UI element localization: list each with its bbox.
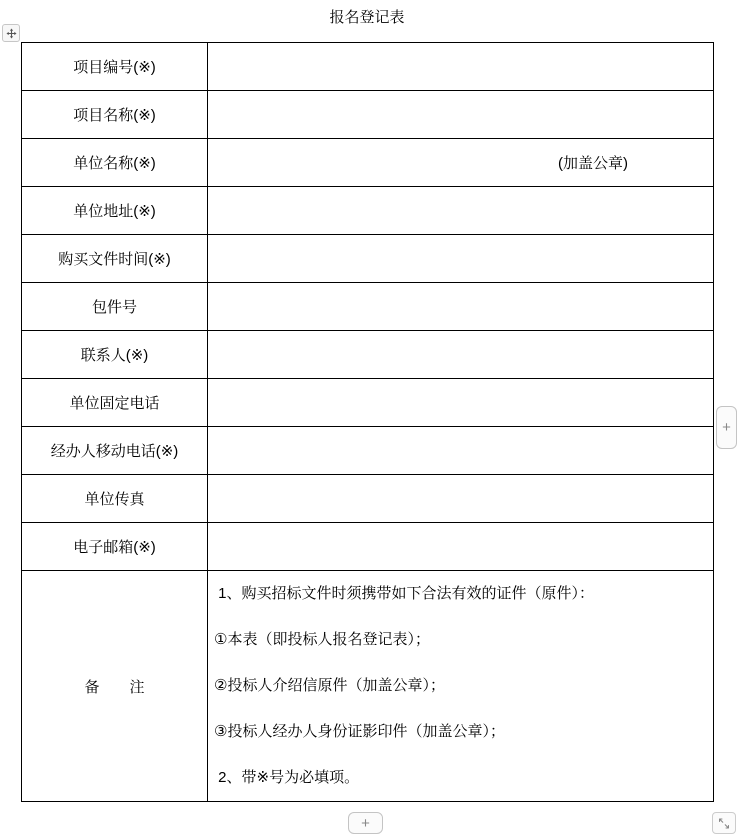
remarks-line: ③投标人经办人身份证影印件（加盖公章）；	[214, 709, 707, 755]
table-row: 联系人(※)	[22, 331, 714, 379]
row-label: 包件号	[92, 299, 137, 316]
table-row: 电子邮箱(※)	[22, 523, 714, 571]
row-label-cell: 包件号	[22, 283, 208, 331]
remarks-line: ②投标人介绍信原件（加盖公章）；	[214, 663, 707, 709]
row-label-cell: 单位传真	[22, 475, 208, 523]
registration-table: 项目编号(※) 项目名称(※) 单位名称(※) (加盖公章) 单位地址(※) 购…	[21, 42, 714, 802]
remarks-line: ①本表（即投标人报名登记表）；	[214, 617, 707, 663]
add-row-button[interactable]: +	[348, 812, 383, 834]
row-value-cell[interactable]: (加盖公章)	[208, 139, 714, 187]
table-row: 经办人移动电话(※)	[22, 427, 714, 475]
row-value-cell[interactable]	[208, 523, 714, 571]
resize-diagonal-icon	[717, 817, 731, 830]
row-label-cell: 单位固定电话	[22, 379, 208, 427]
table-row: 项目编号(※)	[22, 43, 714, 91]
row-label: 单位地址(※)	[73, 203, 156, 220]
page-title: 报名登记表	[21, 9, 713, 27]
remarks-line: 2、带※号为必填项。	[214, 755, 707, 801]
row-value: (加盖公章)	[558, 155, 628, 172]
row-value-cell[interactable]	[208, 187, 714, 235]
row-value-cell[interactable]	[208, 475, 714, 523]
remarks-line: 1、购买招标文件时须携带如下合法有效的证件（原件）：	[214, 571, 707, 617]
row-value-cell[interactable]	[208, 91, 714, 139]
remarks-content-cell[interactable]: 1、购买招标文件时须携带如下合法有效的证件（原件）：①本表（即投标人报名登记表）…	[208, 571, 714, 802]
remarks-label: 备 注	[84, 679, 144, 696]
row-label: 电子邮箱(※)	[73, 539, 156, 556]
row-label-cell: 经办人移动电话(※)	[22, 427, 208, 475]
table-move-handle[interactable]	[2, 24, 20, 42]
row-label: 单位固定电话	[69, 395, 159, 412]
table-row: 单位固定电话	[22, 379, 714, 427]
table-row: 单位地址(※)	[22, 187, 714, 235]
row-value-cell[interactable]	[208, 283, 714, 331]
registration-table-body: 项目编号(※) 项目名称(※) 单位名称(※) (加盖公章) 单位地址(※) 购…	[22, 43, 714, 802]
row-label: 项目名称(※)	[73, 107, 156, 124]
row-label: 购买文件时间(※)	[58, 251, 171, 268]
row-label: 单位名称(※)	[73, 155, 156, 172]
table-row: 包件号	[22, 283, 714, 331]
row-label-cell: 电子邮箱(※)	[22, 523, 208, 571]
row-label-cell: 单位地址(※)	[22, 187, 208, 235]
move-icon	[6, 28, 17, 39]
row-label-cell: 联系人(※)	[22, 331, 208, 379]
row-value-cell[interactable]	[208, 235, 714, 283]
row-label-cell: 购买文件时间(※)	[22, 235, 208, 283]
row-label: 项目编号(※)	[73, 59, 156, 76]
row-label-cell: 项目编号(※)	[22, 43, 208, 91]
table-row: 项目名称(※)	[22, 91, 714, 139]
table-row: 购买文件时间(※)	[22, 235, 714, 283]
row-label: 单位传真	[84, 491, 144, 508]
row-label-cell: 单位名称(※)	[22, 139, 208, 187]
row-label: 联系人(※)	[81, 347, 149, 364]
add-column-button[interactable]: +	[716, 406, 737, 449]
row-value-cell[interactable]	[208, 43, 714, 91]
row-label: 经办人移动电话(※)	[51, 443, 179, 460]
table-row: 单位名称(※) (加盖公章)	[22, 139, 714, 187]
table-resize-handle[interactable]	[712, 812, 736, 834]
row-value-cell[interactable]	[208, 379, 714, 427]
remarks-label-cell: 备 注	[22, 571, 208, 802]
table-row: 单位传真	[22, 475, 714, 523]
row-value-cell[interactable]	[208, 427, 714, 475]
remarks-row: 备 注 1、购买招标文件时须携带如下合法有效的证件（原件）：①本表（即投标人报名…	[22, 571, 714, 802]
row-label-cell: 项目名称(※)	[22, 91, 208, 139]
row-value-cell[interactable]	[208, 331, 714, 379]
